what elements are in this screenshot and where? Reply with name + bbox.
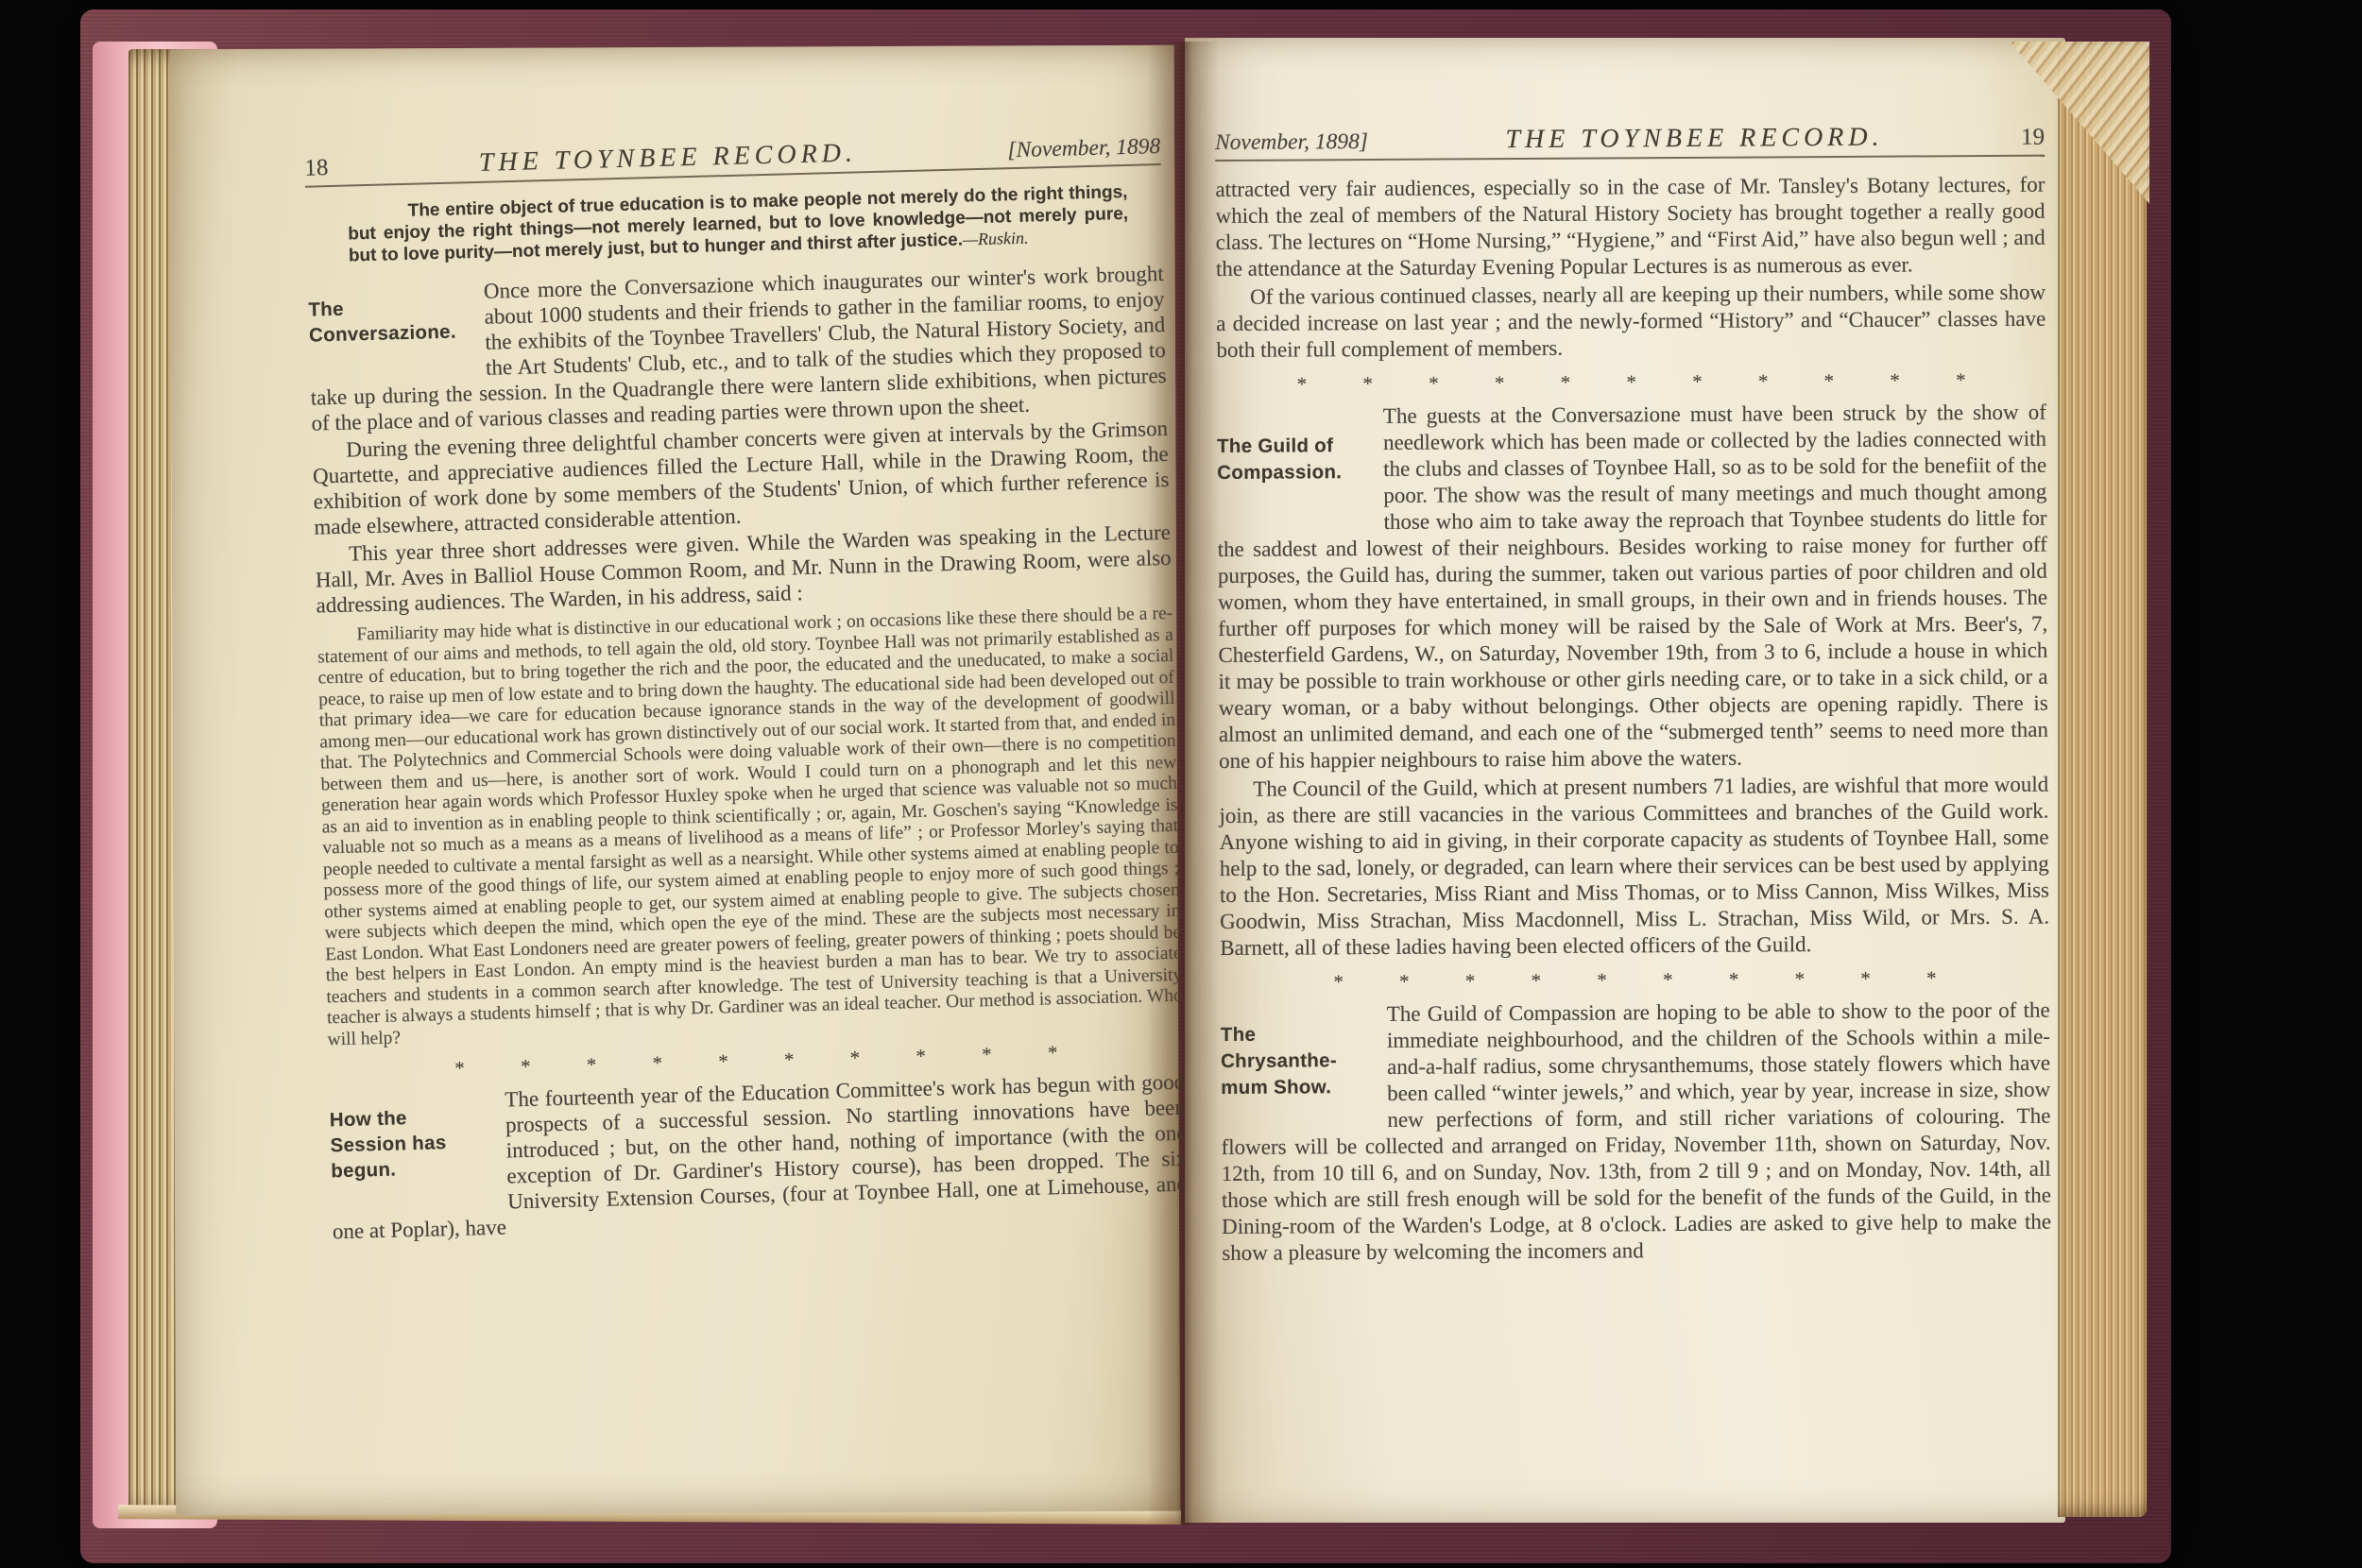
left-issue-date: [November, 1898 <box>1007 134 1161 163</box>
session-sidenote: How the Session has begun. <box>329 1086 507 1206</box>
left-page-text: 18 THE TOYNBEE RECORD. [November, 1898 T… <box>304 132 1189 1246</box>
book-photograph: 18 THE TOYNBEE RECORD. [November, 1898 T… <box>0 0 2362 1568</box>
conversazione-paragraph: The Conversazione.Once more the Conversa… <box>308 261 1168 436</box>
warden-address-smallprint: Familiarity may hide what is distinctive… <box>317 604 1183 1051</box>
right-issue-date: November, 1898] <box>1215 128 1368 156</box>
attracted-audiences-paragraph: attracted very fair audiences, especiall… <box>1215 172 2045 282</box>
continued-classes-paragraph: Of the various continued classes, nearly… <box>1216 280 2045 364</box>
asterisk-divider-right-2: * * * * * * * * * * <box>1220 965 2049 995</box>
epigraph-text: The entire object of true education is t… <box>348 182 1128 266</box>
right-page-header: November, 1898] THE TOYNBEE RECORD. 19 <box>1215 124 2045 156</box>
conversazione-sidenote: The Conversazione. <box>308 279 486 370</box>
right-header-rule <box>1215 155 2045 162</box>
left-running-title: THE TOYNBEE RECORD. <box>328 136 1008 179</box>
epigraph: The entire object of true education is t… <box>347 181 1129 267</box>
fore-edge-page-stack <box>2058 45 2147 1517</box>
guild-paragraph: The Guild of Compassion.The guests at th… <box>1217 400 2048 775</box>
evening-concerts-paragraph: During the evening three delightful cham… <box>312 416 1171 540</box>
right-page: November, 1898] THE TOYNBEE RECORD. 19 a… <box>1185 38 2065 1523</box>
session-paragraph: How the Session has begun.The fourteenth… <box>329 1069 1189 1245</box>
asterisk-divider-right-1: * * * * * * * * * * * <box>1217 367 2046 397</box>
left-page-number: 18 <box>304 155 329 181</box>
conversazione-sidenote-label: The Conversazione. <box>308 298 456 347</box>
right-page-text: November, 1898] THE TOYNBEE RECORD. 19 a… <box>1215 124 2051 1269</box>
right-running-title: THE TOYNBEE RECORD. <box>1368 124 2021 154</box>
chrysanthemum-paragraph: The Chrysanthe- mum Show.The Guild of Co… <box>1221 997 2052 1267</box>
left-page: 18 THE TOYNBEE RECORD. [November, 1898 T… <box>170 45 1181 1516</box>
guild-sidenote-label: The Guild of Compassion. <box>1217 435 1342 484</box>
gutter-shadow <box>1147 42 1219 1525</box>
chrysanthemum-sidenote: The Chrysanthe- mum Show. <box>1221 1001 1388 1125</box>
epigraph-attribution: —Ruskin. <box>963 229 1029 249</box>
session-sidenote-label: How the Session has begun. <box>330 1107 447 1182</box>
right-page-number: 19 <box>2021 125 2045 151</box>
guild-sidenote: The Guild of Compassion. <box>1217 403 1384 537</box>
chrysanthemum-sidenote-label: The Chrysanthe- mum Show. <box>1221 1024 1337 1099</box>
guild-council-paragraph: The Council of the Guild, which at prese… <box>1219 772 2049 962</box>
